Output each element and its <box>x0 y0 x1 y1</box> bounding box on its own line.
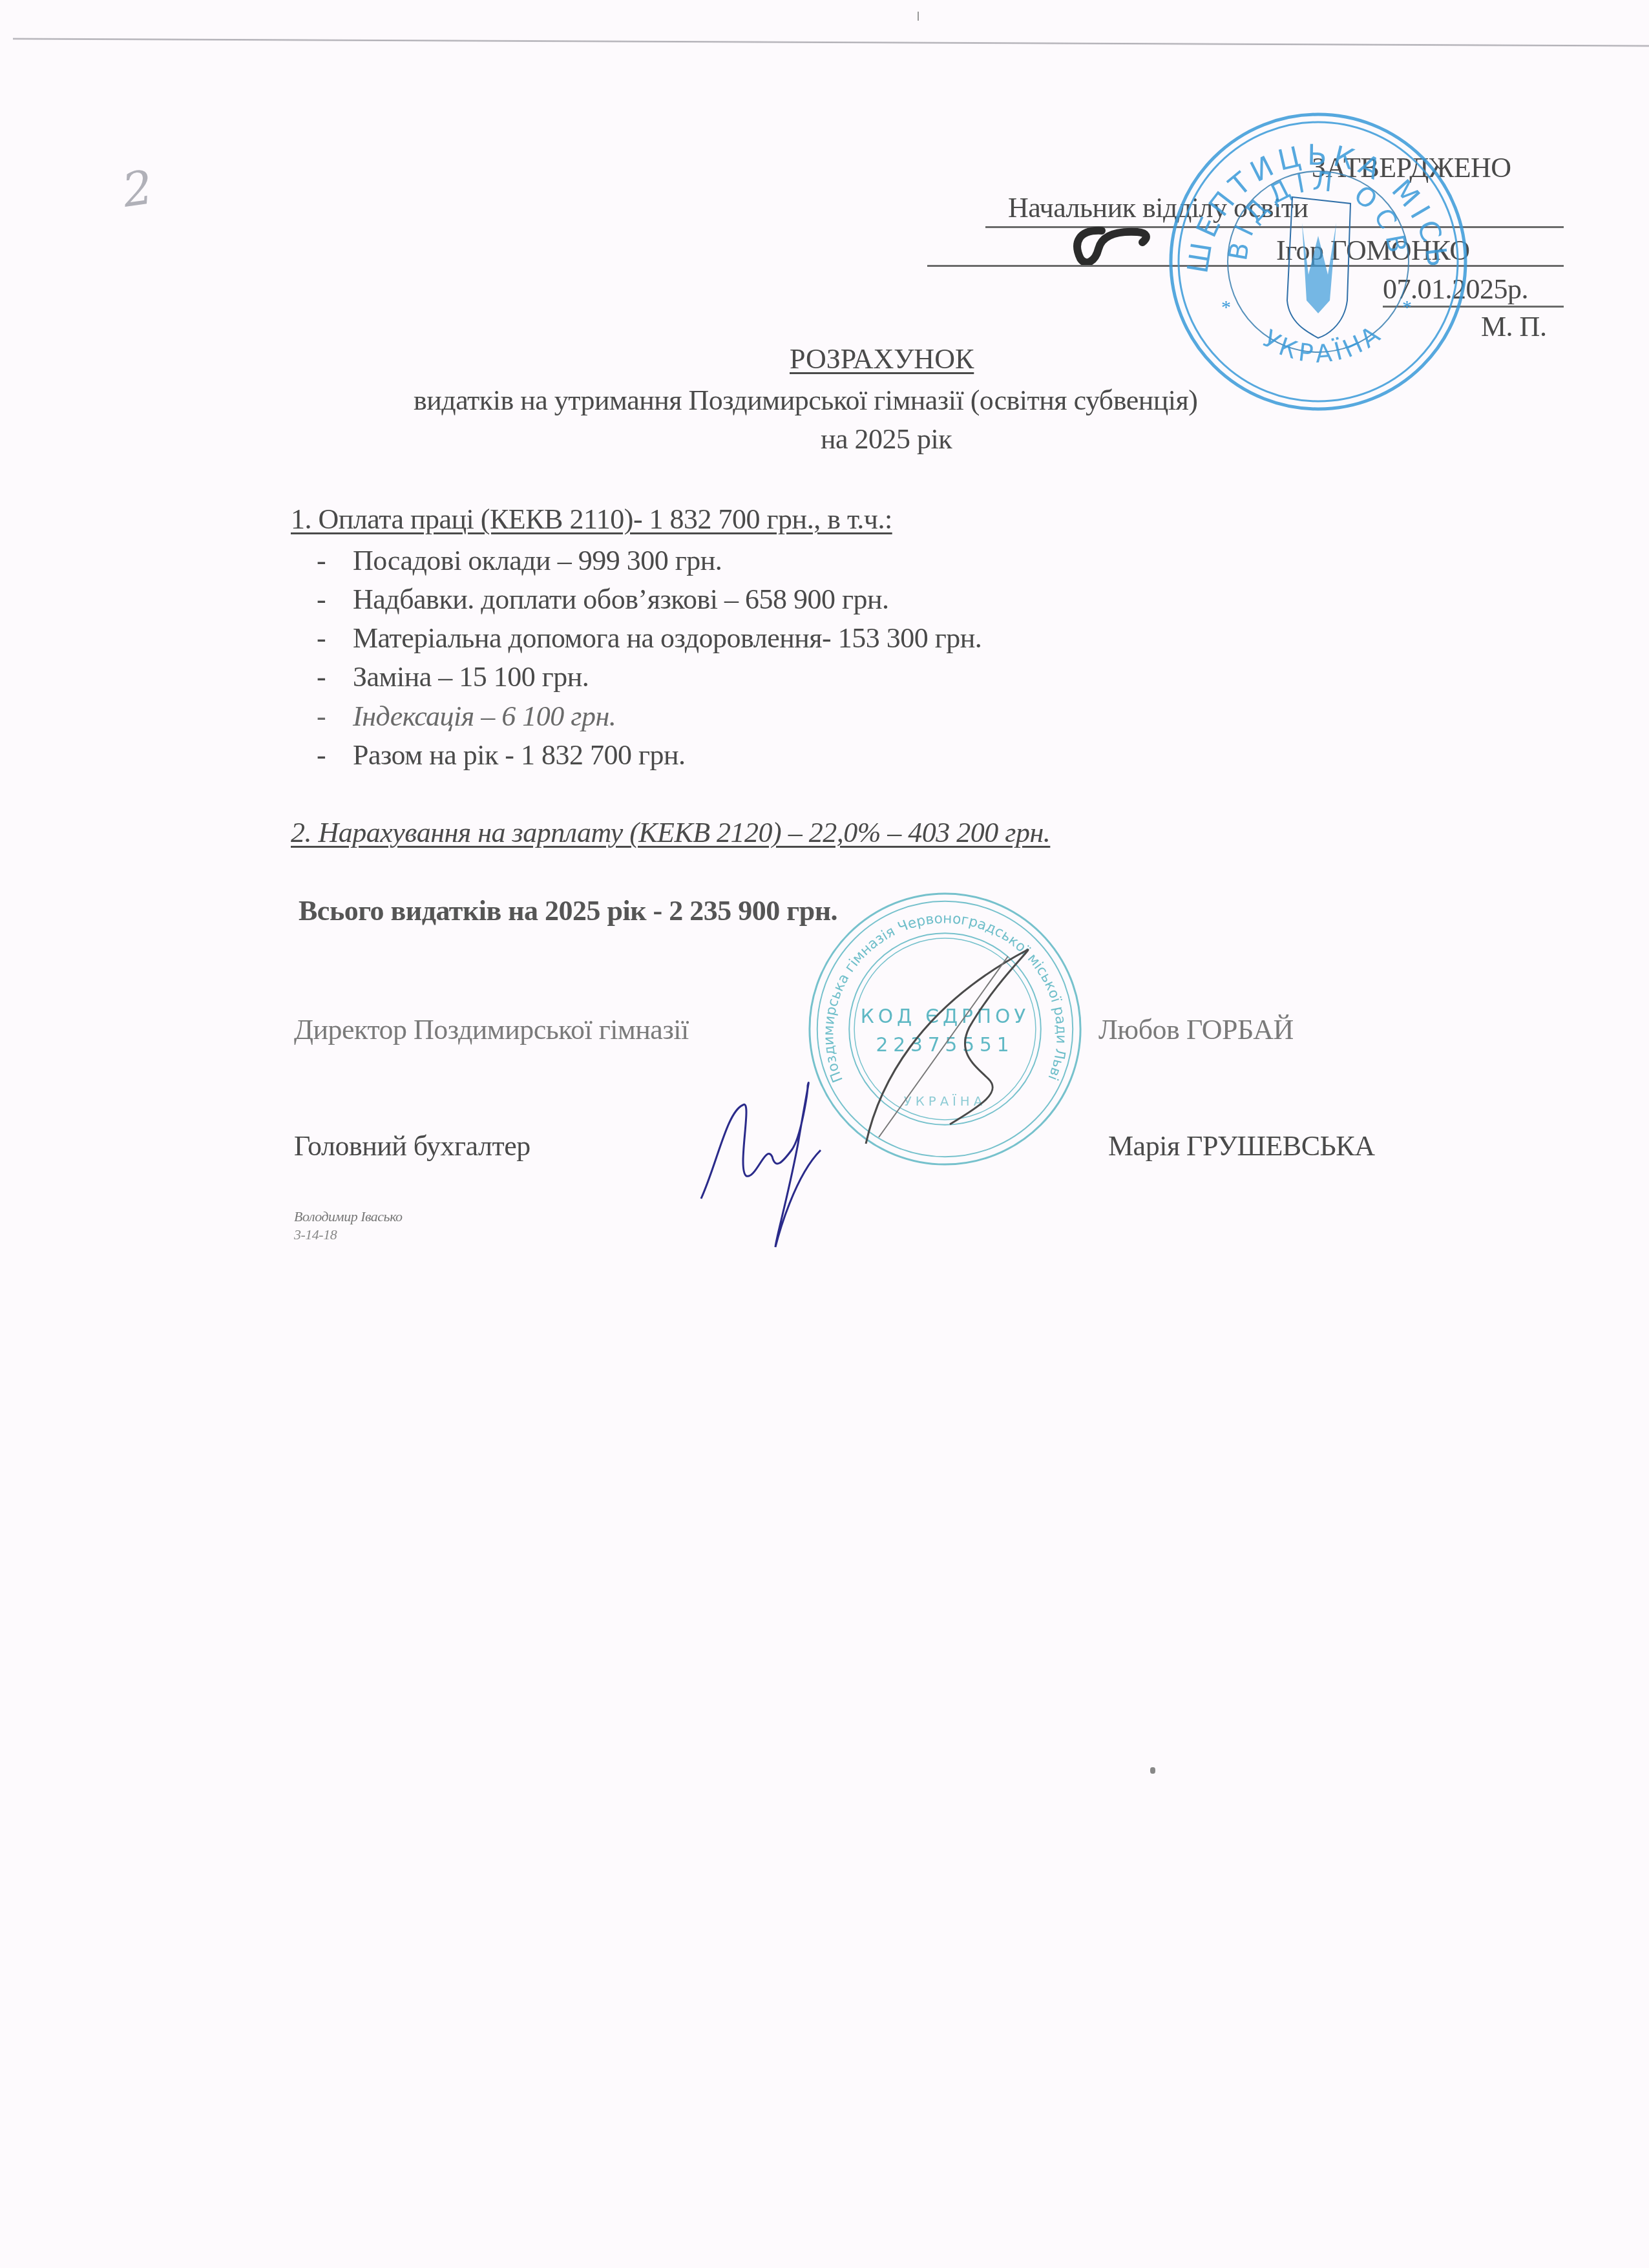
total-expenses: Всього видатків на 2025 рік - 2 235 900 … <box>299 894 837 927</box>
head-signature <box>1066 223 1157 268</box>
list-item: -Матеріальна допомога на оздоровлення- 1… <box>317 622 982 655</box>
scan-edge-line <box>13 37 1649 47</box>
svg-text:УКРАЇНА: УКРАЇНА <box>1258 319 1388 368</box>
director-role: Директор Поздимирської гімназії <box>294 1013 689 1046</box>
scan-speck <box>1150 1767 1155 1774</box>
executor-name: Володимир Івасько <box>294 1208 403 1225</box>
page-number-handwritten: 2 <box>119 160 156 218</box>
list-item: -Індексація – 6 100 грн. <box>317 700 616 733</box>
scan-mark <box>918 12 919 21</box>
executor-phone: 3-14-18 <box>294 1226 337 1243</box>
svg-text:*: * <box>1221 297 1231 318</box>
seal-place: М. П. <box>1481 310 1546 343</box>
director-name: Любов ГОРБАЙ <box>1098 1013 1294 1046</box>
accountant-signature <box>691 1066 872 1260</box>
accountant-role: Головний бухгалтер <box>294 1129 530 1162</box>
document-title: РОЗРАХУНОК <box>790 342 974 375</box>
section-2-heading: 2. Нарахування на зарплату (КЕКВ 2120) –… <box>291 816 1050 849</box>
list-item: -Разом на рік - 1 832 700 грн. <box>317 739 686 772</box>
list-item: -Заміна – 15 100 грн. <box>317 660 589 693</box>
accountant-name: Марія ГРУШЕВСЬКА <box>1108 1129 1374 1162</box>
list-item: -Надбавки. доплати обов’язкові – 658 900… <box>317 583 889 616</box>
list-item: -Посадові оклади – 999 300 грн. <box>317 544 722 577</box>
document-year: на 2025 рік <box>821 423 952 456</box>
education-department-stamp: ШЕПТИЦЬКА МІСЬКА РАДА ВІДДІЛ ОСВІТИ УКРА… <box>1163 107 1473 417</box>
document-subtitle: видатків на утримання Поздимирської гімн… <box>414 384 1197 417</box>
svg-text:*: * <box>1402 297 1412 318</box>
section-1-heading: 1. Оплата праці (КЕКВ 2110)- 1 832 700 г… <box>291 503 892 536</box>
